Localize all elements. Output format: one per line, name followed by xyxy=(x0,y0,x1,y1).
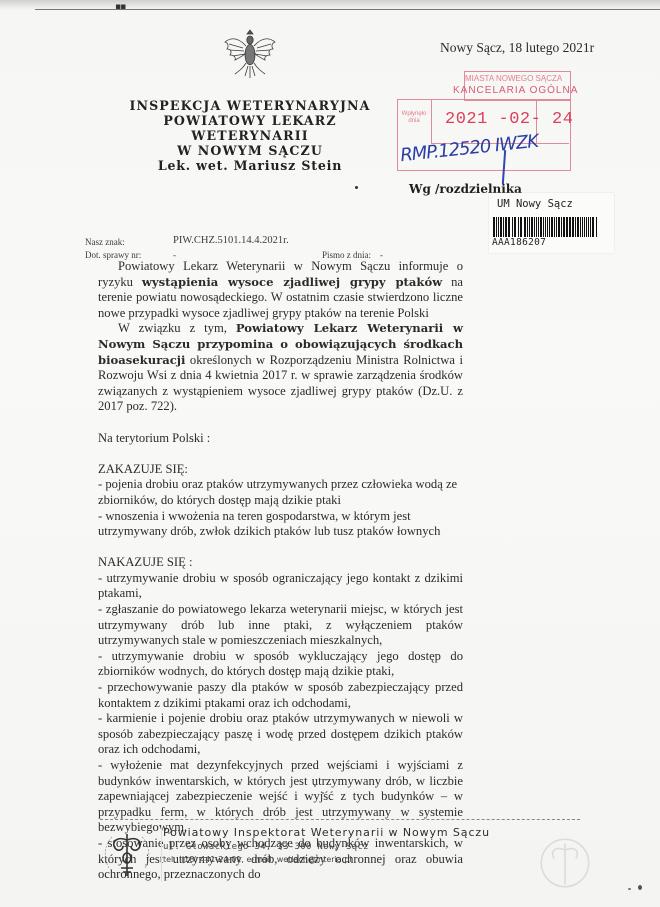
ordered-heading: NAKAZUJE SIĘ : xyxy=(98,555,463,571)
office-line-4: W NOWYM SĄCZU xyxy=(110,143,390,158)
caduceus-veterinary-logo-icon xyxy=(101,828,153,880)
ordered-item: - karmienie i pojenie drobiu oraz ptaków… xyxy=(98,711,463,758)
territory-line: Na terytorium Polski : xyxy=(98,431,463,447)
place-and-date: Nowy Sącz, 18 lutego 2021r xyxy=(440,40,594,56)
prohibited-item: - pojenia drobiu oraz ptaków utrzymywany… xyxy=(98,477,463,508)
scan-speck xyxy=(628,888,631,890)
doctor-name: Lek. wet. Mariusz Stein xyxy=(110,158,390,173)
barcode-icon xyxy=(493,217,598,237)
barcode-sticker: UM Nowy Sącz AAA186207 xyxy=(489,193,614,253)
issuing-office-header: INSPEKCJA WETERYNARYJNA POWIATOWY LEKARZ… xyxy=(110,98,390,173)
footer-divider xyxy=(100,819,580,820)
footer-institution-name: Powiatowy Inspektorat Weterynarii w Nowy… xyxy=(163,826,490,839)
paragraph-biosecurity: W związku z tym, Powiatowy Lekarz Wetery… xyxy=(98,321,463,415)
prohibited-heading: ZAKAZUJE SIĘ: xyxy=(98,462,463,478)
stamp-city: MIASTA NOWEGO SĄCZA xyxy=(465,74,562,83)
stamp-date: 2021 -02- 24 xyxy=(445,110,573,129)
ordered-item: - przechowywanie paszy dla ptaków w spos… xyxy=(98,680,463,711)
stamp-office: KANCELARIA OGÓLNA xyxy=(453,85,578,96)
office-line-2: POWIATOWY LEKARZ xyxy=(110,113,390,128)
scan-speck xyxy=(314,785,316,787)
scan-speck xyxy=(322,792,324,794)
footer-address: ul. Głowackiego 34, 33-300 Nowy Sącz xyxy=(163,842,369,852)
document-page: ▪▪ INSPEKCJA WETERYNARYJNA POWIATOWY LEK… xyxy=(0,0,660,907)
paragraph-intro: Powiatowy Lekarz Weterynarii w Nowym Sąc… xyxy=(98,259,463,321)
sticker-name: UM Nowy Sącz xyxy=(497,198,573,210)
stamp-received-label: Wpłynęło dnia xyxy=(400,111,428,125)
ordered-item: - zgłaszanie do powiatowego lekarza wete… xyxy=(98,602,463,649)
office-line-1: INSPEKCJA WETERYNARYJNA xyxy=(110,98,390,113)
scan-speck xyxy=(638,885,642,890)
our-ref-label: Nasz znak: xyxy=(85,237,125,247)
office-line-3: WETERYNARII xyxy=(110,128,390,143)
our-ref-value: PIW.CHZ.5101.14.4.2021r. xyxy=(173,235,289,246)
show-through-logo-icon xyxy=(537,835,593,891)
footer-separator xyxy=(161,827,162,882)
ink-dot xyxy=(355,186,358,189)
prohibited-item: - wnoszenia i wwożenia na teren gospodar… xyxy=(98,509,463,540)
ordered-item: - wyłożenie mat dezynfekcyjnych przed we… xyxy=(98,758,463,836)
ordered-item: - utrzymywanie drobiu w sposób ogranicza… xyxy=(98,571,463,602)
scan-marks: ▪▪ xyxy=(115,2,125,12)
footer-contact: tel.: (18) 441-24-01, e-mail: wetlach@in… xyxy=(163,855,352,864)
polish-eagle-emblem-icon xyxy=(221,28,279,80)
scan-edge-line xyxy=(35,9,660,10)
ordered-item: - utrzymywanie drobiu w sposób wykluczaj… xyxy=(98,649,463,680)
letter-body: Powiatowy Lekarz Weterynarii w Nowym Sąc… xyxy=(98,259,463,883)
sticker-code: AAA186207 xyxy=(492,237,546,248)
